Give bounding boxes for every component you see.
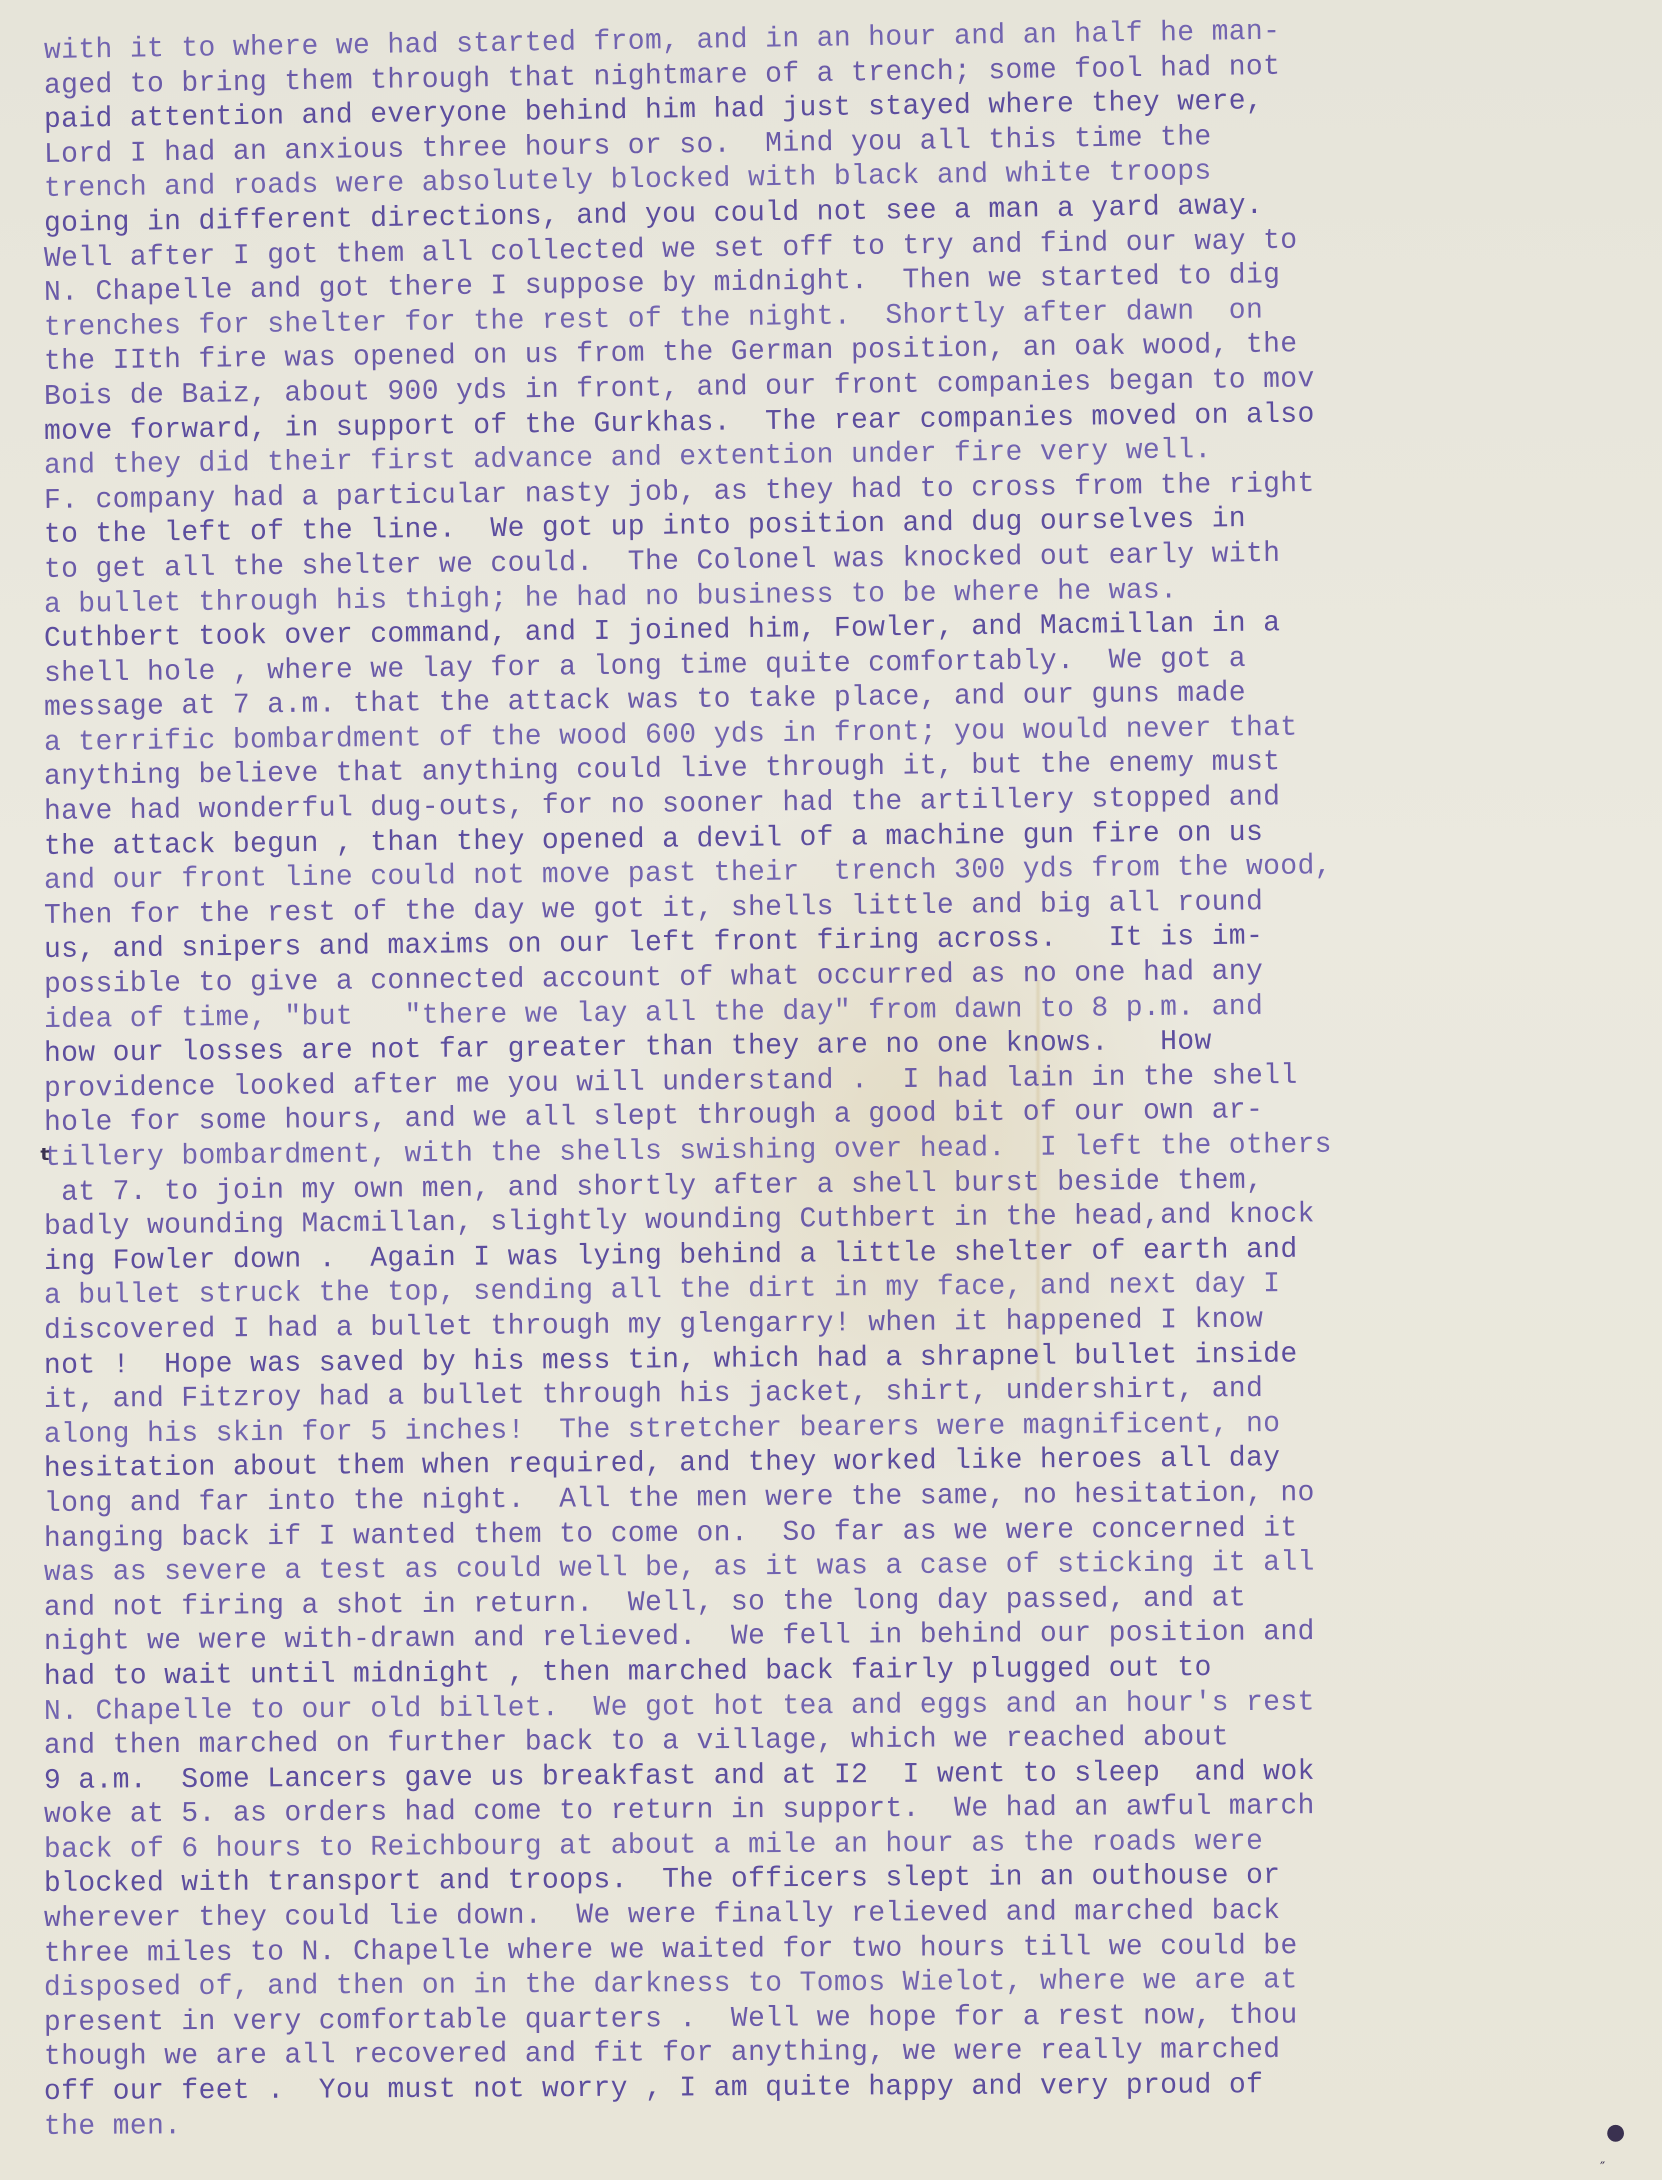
ink-smudge-mark: ″: [1600, 2160, 1605, 2176]
ink-blot-mark: ●: [1606, 2120, 1625, 2145]
typewritten-letter-page: with it to where we had started from, an…: [44, 34, 1644, 2144]
handwritten-correction-mark: ᵗ: [39, 1143, 51, 1178]
